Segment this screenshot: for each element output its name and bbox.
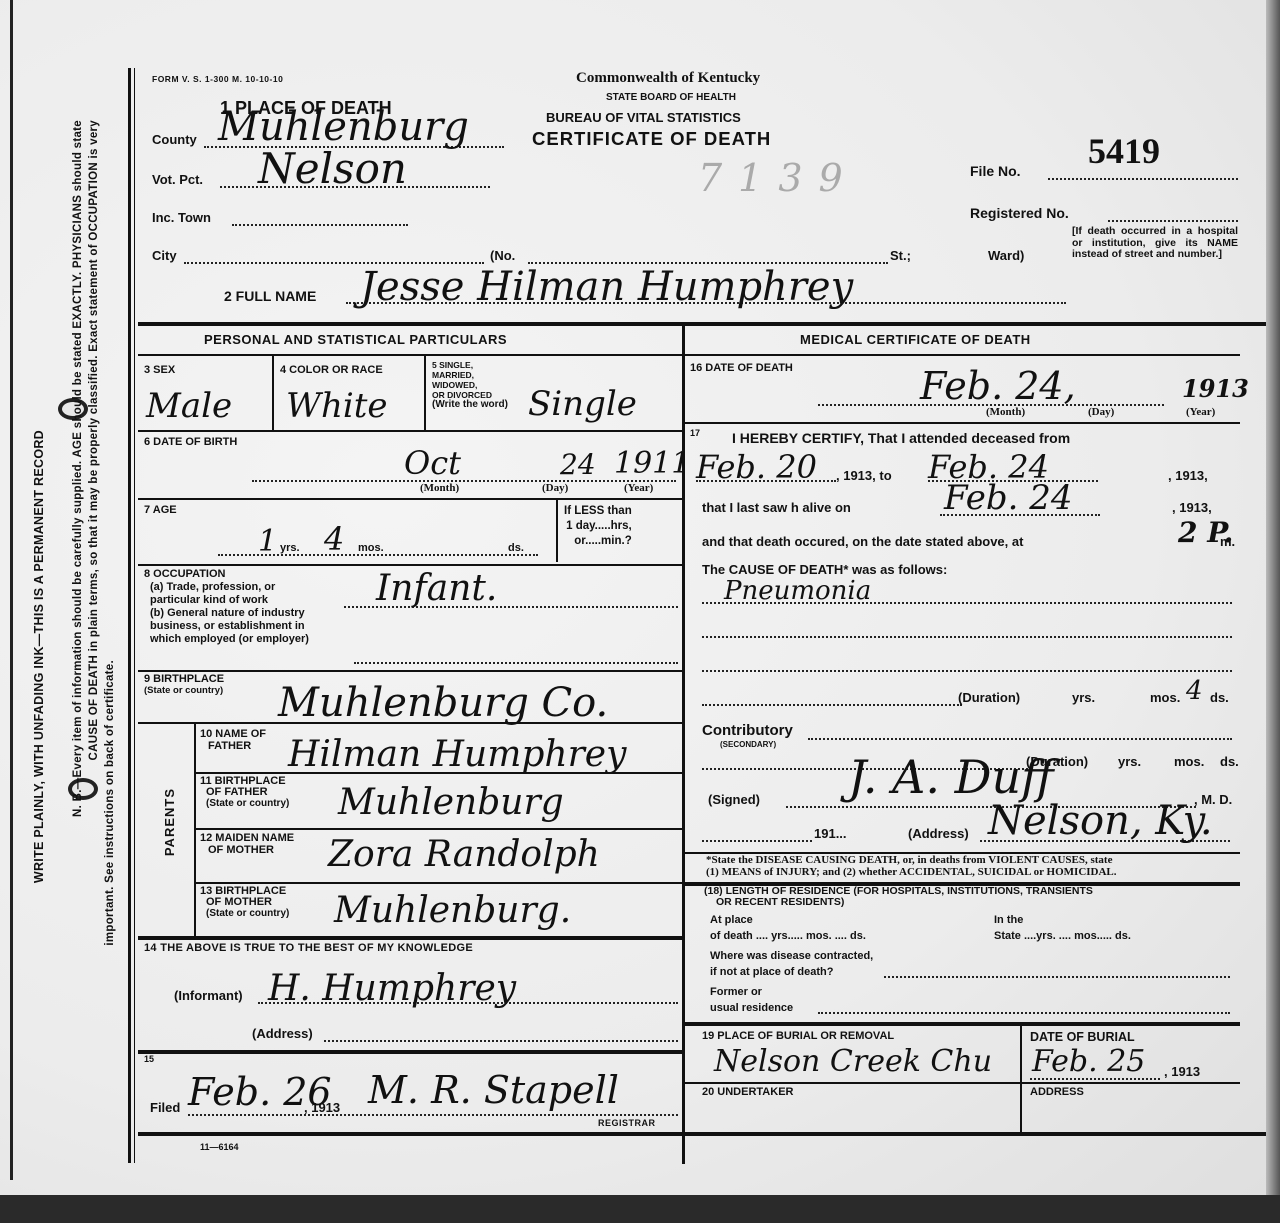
margin-line-2: CAUSE OF DEATH in plain terms, so that i…	[88, 120, 100, 760]
occ-b-line: (b) General nature of industry	[144, 607, 309, 620]
occ-b-line: business, or establishment in	[144, 620, 309, 633]
dod-value: Feb. 24,	[920, 364, 1076, 408]
cause-value: Pneumonia	[724, 576, 871, 606]
cert-number: 17	[690, 428, 700, 438]
former-residence-line	[818, 1012, 1230, 1014]
county-label: County	[152, 132, 197, 147]
rule	[138, 564, 682, 566]
marital-label-line: WIDOWED,	[432, 380, 508, 390]
rule	[138, 1050, 682, 1054]
undertaker-address-label: ADDRESS	[1030, 1086, 1084, 1098]
former-label: usual residence	[710, 1000, 793, 1016]
duration-yrs-label: yrs.	[1072, 690, 1095, 705]
rule	[424, 356, 426, 430]
at-place-fields: of death .... yrs..... mos. .... ds.	[710, 928, 866, 944]
footnote-block: *State the DISEASE CAUSING DEATH, or, in…	[706, 854, 1117, 878]
contributory-ds-label: ds.	[1220, 754, 1239, 769]
duration-days: 4	[1186, 676, 1203, 706]
race-value: White	[286, 386, 388, 426]
mother-label-block: 12 MAIDEN NAME OF MOTHER	[200, 832, 294, 856]
rule	[196, 772, 682, 774]
undertaker-label: 20 UNDERTAKER	[702, 1086, 793, 1098]
death-certificate-form: FORM V. S. 1-300 M. 10-10-10 Commonwealt…	[128, 68, 1266, 1168]
state-title: Commonwealth of Kentucky	[576, 70, 760, 87]
signed-label: (Signed)	[708, 792, 760, 807]
rule	[138, 936, 682, 940]
parents-label: PARENTS	[162, 788, 177, 856]
mos-label: mos.	[358, 542, 384, 554]
city-label: City	[152, 248, 177, 263]
yrs-label: yrs.	[280, 542, 300, 554]
informant-value: H. Humphrey	[268, 968, 516, 1009]
dob-day-caption: (Day)	[542, 482, 568, 494]
dob-month: Oct	[404, 444, 461, 482]
marital-label-line: (Write the word)	[432, 400, 508, 410]
contracted-label: Where was disease contracted,	[710, 948, 873, 964]
burial-place-label: 19 PLACE OF BURIAL OR REMOVAL	[702, 1030, 894, 1042]
death-time-suffix: m.	[1220, 534, 1235, 549]
certify-text: I HEREBY CERTIFY, That I attended deceas…	[732, 430, 1070, 446]
occupation-label-block: 8 OCCUPATION (a) Trade, profession, or p…	[144, 568, 309, 646]
personal-heading: PERSONAL AND STATISTICAL PARTICULARS	[204, 332, 507, 347]
occ-a-line: particular kind of work	[144, 594, 309, 607]
physician-address-label: (Address)	[908, 826, 969, 841]
cause-line-2	[702, 636, 1232, 638]
page-edge-left	[10, 0, 13, 1180]
footnote-line: *State the DISEASE CAUSING DEATH, or, in…	[706, 854, 1117, 866]
informant-label: (Informant)	[174, 988, 243, 1003]
age-months: 4	[324, 520, 344, 558]
certificate-title: CERTIFICATE OF DEATH	[532, 128, 771, 150]
dod-month-caption: (Month)	[986, 406, 1025, 418]
footnote-line: (1) MEANS of INJURY; and (2) whether ACC…	[706, 866, 1117, 878]
mother-birthplace-value: Muhlenburg.	[334, 890, 571, 931]
dob-line	[252, 480, 676, 482]
death-time-label: and that death occured, on the date stat…	[702, 534, 1023, 549]
filed-label: Filed	[150, 1100, 180, 1115]
birthplace-label: 9 BIRTHPLACE	[144, 674, 224, 685]
rule	[138, 354, 682, 356]
filed-year: , 1913	[304, 1100, 340, 1115]
physician-signature: J. A. Duff	[848, 750, 1054, 804]
dob-month-caption: (Month)	[420, 482, 459, 494]
informant-address-line	[324, 1040, 678, 1042]
father-bp-label-block: 11 BIRTHPLACE OF FATHER (State or countr…	[200, 776, 289, 809]
inc-town-label: Inc. Town	[152, 210, 211, 225]
rule	[138, 498, 682, 500]
dod-day-caption: (Day)	[1088, 406, 1114, 418]
father-label-block: 10 NAME OF FATHER	[200, 728, 266, 752]
cert-date-line	[702, 840, 812, 842]
occupation-label: 8 OCCUPATION	[144, 568, 309, 581]
mother-label: OF MOTHER	[200, 844, 294, 856]
secondary-label: (SECONDARY)	[720, 740, 776, 749]
contracted-line	[884, 976, 1230, 978]
footer-code: 11—6164	[200, 1142, 239, 1152]
file-no-label: File No.	[970, 163, 1021, 179]
age-label: 7 AGE	[144, 504, 177, 516]
rule	[684, 422, 1240, 424]
rule	[194, 724, 196, 936]
vot-pct-label: Vot. Pct.	[152, 172, 203, 187]
dod-year-caption: (Year)	[1186, 406, 1215, 418]
contributory-mos-label: mos.	[1174, 754, 1204, 769]
cert-date-prefix: 191...	[814, 826, 847, 841]
rule	[138, 670, 682, 672]
less-label-line: 1 day.....hrs,	[564, 519, 632, 534]
last-saw-label: that I last saw h alive on	[702, 500, 851, 515]
left-border-inner	[134, 68, 135, 1163]
informant-address-label: (Address)	[252, 1026, 313, 1041]
father-bp-label: (State or country)	[200, 798, 289, 809]
dob-day: 24	[560, 448, 596, 481]
registered-no-label: Registered No.	[970, 205, 1069, 221]
left-border	[128, 68, 131, 1163]
page-edge-right	[1266, 0, 1280, 1223]
sex-label: 3 SEX	[144, 364, 175, 376]
in-state-block: In the State ....yrs. .... mos..... ds.	[994, 912, 1131, 944]
rule	[684, 1082, 1240, 1084]
section-rule-top	[138, 322, 1266, 326]
duration-label: (Duration)	[958, 690, 1020, 705]
dob-year-caption: (Year)	[624, 482, 653, 494]
employer-line	[354, 662, 678, 664]
full-name-value: Jesse Hilman Humphrey	[360, 264, 853, 310]
filed-line	[188, 1114, 678, 1116]
father-bp-label: OF FATHER	[200, 787, 289, 798]
duration-ds-label: ds.	[1210, 690, 1229, 705]
marital-label-line: MARRIED,	[432, 370, 508, 380]
rule	[684, 354, 1240, 356]
informant-heading: 14 THE ABOVE IS TRUE TO THE BEST OF MY K…	[144, 942, 473, 954]
marital-value: Single	[528, 384, 637, 424]
burial-date-label: DATE OF BURIAL	[1030, 1030, 1135, 1044]
former-label: Former or	[710, 984, 793, 1000]
dod-label: 16 DATE OF DEATH	[690, 362, 793, 374]
marital-label: 5 SINGLE, MARRIED, WIDOWED, OR DIVORCED …	[432, 360, 508, 410]
contributory-line	[808, 738, 1232, 740]
last-saw-value: Feb. 24	[944, 478, 1073, 518]
birthplace-value: Muhlenburg Co.	[278, 680, 608, 726]
residence-heading: (18) LENGTH OF RESIDENCE (FOR HOSPITALS,…	[704, 886, 1093, 908]
registrar-label: REGISTRAR	[598, 1118, 656, 1128]
dob-label: 6 DATE OF BIRTH	[144, 436, 237, 448]
birthplace-label-block: 9 BIRTHPLACE (State or country)	[144, 674, 224, 696]
race-label: 4 COLOR OR RACE	[280, 364, 383, 376]
board-title: STATE BOARD OF HEALTH	[606, 92, 736, 103]
page-edge-bottom	[0, 1195, 1280, 1223]
father-label: FATHER	[200, 740, 266, 752]
burial-date-value: Feb. 25	[1032, 1044, 1145, 1079]
rule	[684, 1022, 1240, 1026]
rule	[196, 828, 682, 830]
former-residence-block: Former or usual residence	[710, 984, 793, 1016]
physician-address: Nelson, Ky.	[988, 798, 1213, 844]
at-place-label: At place	[710, 912, 866, 928]
father-value: Hilman Humphrey	[288, 734, 626, 775]
registrar-signature: M. R. Stapell	[368, 1068, 619, 1112]
occ-a-line: (a) Trade, profession, or	[144, 581, 309, 594]
marital-label-line: 5 SINGLE,	[432, 360, 508, 370]
last-saw-year: , 1913,	[1172, 500, 1212, 515]
ward-label: Ward)	[988, 248, 1024, 263]
sex-value: Male	[146, 386, 232, 426]
rule	[138, 430, 682, 432]
rule	[1020, 1024, 1022, 1132]
age-years: 1	[258, 524, 277, 559]
registered-no-line	[1108, 220, 1238, 222]
occupation-value: Infant.	[376, 568, 497, 609]
occ-b-line: which employed (or employer)	[144, 633, 309, 646]
vot-pct-value: Nelson	[258, 144, 407, 193]
st-label: St.;	[890, 248, 911, 263]
burial-place-value: Nelson Creek Chu	[714, 1044, 992, 1079]
duration-mos-label: mos.	[1150, 690, 1180, 705]
attended-from-year: , 1913, to	[836, 468, 892, 483]
rule	[138, 722, 682, 724]
dob-year: 1911	[614, 446, 690, 481]
file-no-value: 5419	[1088, 130, 1160, 172]
less-label-line: If LESS than	[564, 504, 632, 519]
ds-label: ds.	[508, 542, 524, 554]
cause-label: The CAUSE OF DEATH* was as follows:	[702, 562, 947, 577]
contributory-label: Contributory	[702, 722, 793, 739]
attended-from-value: Feb. 20	[696, 448, 817, 486]
burial-year: , 1913	[1164, 1064, 1200, 1079]
form-number: FORM V. S. 1-300 M. 10-10-10	[152, 74, 283, 84]
at-place-block: At place of death .... yrs..... mos. ...…	[710, 912, 866, 944]
cause-line-3	[702, 670, 1232, 672]
margin-instructions: WRITE PLAINLY, WITH UNFADING INK—THIS IS…	[20, 100, 130, 1180]
less-than-day: If LESS than 1 day.....hrs, or.....min.?	[564, 504, 632, 549]
rule	[556, 500, 558, 562]
mother-bp-label: (State or country)	[200, 908, 289, 919]
contributory-yrs-label: yrs.	[1118, 754, 1141, 769]
mother-bp-label: OF MOTHER	[200, 897, 289, 908]
in-state-label: In the	[994, 912, 1131, 928]
birthplace-sub: (State or country)	[144, 685, 224, 696]
rule	[138, 1132, 1266, 1136]
inc-town-line	[232, 224, 408, 226]
medical-heading: MEDICAL CERTIFICATE OF DEATH	[800, 332, 1031, 347]
mother-value: Zora Randolph	[328, 834, 600, 875]
less-label-line: or.....min.?	[564, 534, 632, 549]
full-name-label: 2 FULL NAME	[224, 288, 316, 304]
mother-label: 12 MAIDEN NAME	[200, 832, 294, 844]
hospital-note: [If death occurred in a hospital or inst…	[1072, 226, 1238, 261]
in-state-fields: State ....yrs. .... mos..... ds.	[994, 928, 1131, 944]
bureau-title: BUREAU OF VITAL STATISTICS	[546, 110, 741, 125]
father-label: 10 NAME OF	[200, 728, 266, 740]
contracted-block: Where was disease contracted, if not at …	[710, 948, 873, 980]
margin-line-permanent-record: WRITE PLAINLY, WITH UNFADING INK—THIS IS…	[32, 430, 46, 883]
duration-line	[702, 704, 962, 706]
contracted-label: if not at place of death?	[710, 964, 873, 980]
residence-heading-line: OR RECENT RESIDENTS)	[704, 897, 1093, 908]
father-birthplace-value: Muhlenburg	[338, 782, 564, 823]
rule	[272, 356, 274, 430]
no-label: (No.	[490, 248, 515, 263]
margin-line-3: important. See instructions on back of c…	[104, 660, 116, 946]
pencil-note: 7139	[698, 156, 859, 200]
rule	[196, 882, 682, 884]
attended-to-year: , 1913,	[1168, 468, 1208, 483]
margin-line-1: N. B.—Every item of information should b…	[72, 120, 84, 817]
filing-number: 15	[144, 1054, 154, 1064]
file-no-line	[1048, 178, 1238, 180]
dod-year: 1913	[1182, 374, 1249, 403]
mother-bp-label-block: 13 BIRTHPLACE OF MOTHER (State or countr…	[200, 886, 289, 919]
